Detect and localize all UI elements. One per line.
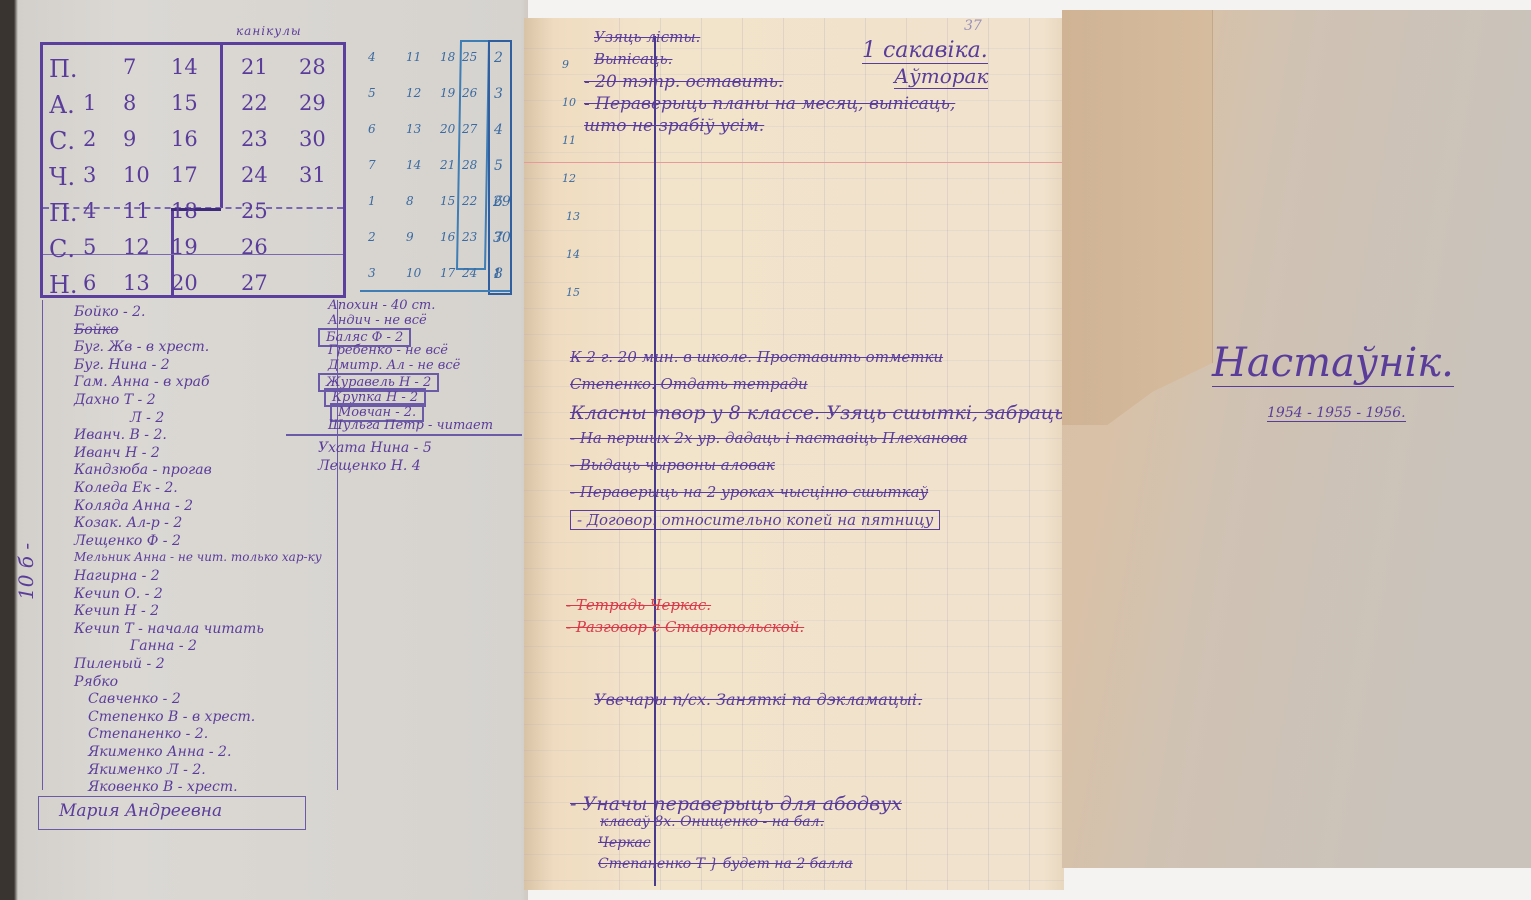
- calendar-date: 9: [123, 127, 136, 151]
- student-entry: Степаненко - 2.: [88, 726, 208, 742]
- student-entry: Буг. Жв - в хрест.: [74, 339, 209, 355]
- right-list-entry: Ухата Нина - 5: [318, 440, 432, 456]
- student-entry: Иванч Н - 2: [74, 445, 160, 461]
- diary-note: - Договор. относительно копей на пятницу: [570, 510, 940, 530]
- student-entry: Степенко В - в хрест.: [88, 709, 255, 725]
- ruled-line: [524, 334, 1064, 335]
- calendar-date: 29: [299, 91, 326, 115]
- calendar-date: 2: [368, 230, 376, 244]
- calendar-date: 20: [440, 122, 455, 136]
- right-list-entry: Гребенко - не всё: [328, 343, 448, 358]
- diary-note: класаў 8х. Онищенко - на бал.: [600, 814, 824, 830]
- calendar-date: 4: [83, 199, 96, 223]
- calendar-date: 11: [123, 199, 150, 223]
- calendar-date: 14: [171, 55, 198, 79]
- calendar-date: 16: [171, 127, 198, 151]
- diary-note: - Пераверыць планы на месяц, выпісаць,: [584, 94, 955, 114]
- student-entry: Пиленый - 2: [74, 656, 165, 672]
- calendar-date: 7: [368, 158, 376, 172]
- calendar-date: 26: [241, 235, 268, 259]
- diary-note: - Уначы пераверыць для абодвух: [570, 793, 902, 815]
- student-entry: Коляда Анна - 2: [74, 498, 193, 514]
- ruled-column: [824, 18, 825, 890]
- calendar-date: 4: [494, 122, 503, 138]
- ruled-line: [524, 672, 1064, 673]
- margin-note: 10 б -: [14, 543, 38, 600]
- student-entry: Нагирна - 2: [74, 568, 160, 584]
- calendar-date: 1: [83, 91, 96, 115]
- calendar-date: 13: [123, 271, 150, 295]
- diary-note: - Тетрадь Черкас.: [566, 596, 711, 614]
- right-list-entry: Лещенко Н. 4: [318, 458, 421, 474]
- student-entry: Кандзюба - прогав: [74, 462, 212, 478]
- weekday-label: П.: [49, 199, 78, 227]
- diary-note: Степаненко Т } будет на 2 балла: [598, 856, 853, 872]
- calendar-date: 27: [462, 122, 477, 136]
- diary-note: што не зрабіў усім.: [584, 116, 764, 136]
- diary-note: - Пераверыць на 2 уроках чысціню сшыткаў: [570, 483, 928, 501]
- diary-note: Класны твор у 8 классе. Узяць сшыткі, за…: [570, 402, 1134, 424]
- calendar-date: 12: [123, 235, 150, 259]
- calendar-date: 17: [171, 163, 198, 187]
- calendar-date: 23: [241, 127, 268, 151]
- divider: [286, 434, 522, 436]
- ruled-column: [906, 18, 907, 890]
- weekday-label: П.: [49, 55, 78, 83]
- weekday-label: С.: [49, 127, 75, 155]
- diary-note: - Разговор с Ставропольской.: [566, 618, 804, 636]
- weekday-label: Н.: [49, 271, 78, 299]
- weekday-label: А.: [49, 91, 75, 119]
- ruled-column: [865, 18, 866, 890]
- hour-marker: 13: [566, 210, 580, 223]
- hour-marker: 12: [562, 172, 576, 185]
- left-notebook-page: канікулы П.7142128А.18152229С.29162330Ч.…: [0, 0, 528, 900]
- ruled-column: [988, 18, 989, 890]
- calendar-date: 30: [299, 127, 326, 151]
- calendar-date: 25: [462, 50, 477, 64]
- ruled-column: [1029, 18, 1030, 890]
- calendar-row: П.4111825: [43, 195, 343, 231]
- calendar-date: 3: [494, 86, 503, 102]
- calendar-date: 20: [171, 271, 198, 295]
- calendar-baseline: [360, 290, 510, 292]
- calendar-date: 16: [440, 230, 455, 244]
- hour-marker: 11: [562, 134, 576, 147]
- diary-note: - На першых 2х ур. дадаць і паставіць Пл…: [570, 429, 968, 447]
- diary-note: К 2 г. 20 мин. в школе. Проставить отмет…: [570, 348, 943, 366]
- ruled-column: [619, 18, 620, 890]
- calendar-date: 7: [494, 230, 503, 246]
- calendar-date: 4: [368, 50, 376, 64]
- ruled-line: [524, 854, 1064, 855]
- ruled-line: [524, 178, 1064, 179]
- student-entry: Якименко Анна - 2.: [88, 744, 231, 760]
- cover-title: Настаўнік.: [1212, 340, 1454, 387]
- calendar-date: 22: [462, 194, 477, 208]
- student-entry: Кечип О. - 2: [74, 586, 163, 602]
- ruled-line: [524, 646, 1064, 647]
- calendar-date: 1: [368, 194, 376, 208]
- student-entry: Бойко - 2.: [74, 304, 146, 320]
- hour-marker: 14: [566, 248, 580, 261]
- month-calendar: П.7142128А.18152229С.29162330Ч.310172431…: [40, 42, 346, 298]
- calendar-date: 10: [406, 266, 421, 280]
- calendar-date: 15: [440, 194, 455, 208]
- student-entry: Ганна - 2: [130, 638, 197, 654]
- ruled-line: [524, 750, 1064, 751]
- signature: Мария Андреевна: [59, 801, 222, 821]
- student-entry: Бойко: [74, 322, 119, 338]
- calendar-date: 2: [83, 127, 96, 151]
- right-list-entry: Шульга Петр - читает: [328, 418, 493, 433]
- calendar-date: 28: [299, 55, 326, 79]
- calendar-date: 11: [406, 50, 421, 64]
- ruled-column: [783, 18, 784, 890]
- student-entry: Буг. Нина - 2: [74, 357, 170, 373]
- calendar-date: 6: [494, 194, 503, 210]
- calendar-date: 8: [494, 266, 503, 282]
- ruled-column: [947, 18, 948, 890]
- calendar-date: 9: [406, 230, 414, 244]
- student-entry: Иванч. В - 2.: [74, 427, 167, 443]
- diary-note: Степенко. Отдать тетради: [570, 375, 808, 393]
- diary-note: Узяць лісты.: [594, 28, 700, 46]
- student-entry: Л - 2: [130, 410, 164, 426]
- calendar-date: 5: [368, 86, 376, 100]
- student-entry: Лещенко Ф - 2: [74, 533, 181, 549]
- diary-note: Выпісаць.: [594, 50, 672, 68]
- diary-note: Увечары п/сх. Заняткі па дэкламацыі.: [594, 690, 922, 709]
- student-entry: Дахно Т - 2: [74, 392, 156, 408]
- diary-note: - 20 тэтр. оставить.: [584, 72, 783, 92]
- calendar-date: 18: [171, 199, 198, 223]
- calendar-row: Ч.310172431: [43, 159, 343, 195]
- calendar-date: 6: [368, 122, 376, 136]
- weekday-heading: Аўторак: [894, 64, 988, 89]
- calendar-date: 6: [83, 271, 96, 295]
- right-list-entry: Андич - не всё: [328, 313, 427, 328]
- diary-note: - Выдаць чырвоны аловак: [570, 456, 775, 474]
- calendar-date: 15: [171, 91, 198, 115]
- student-entry: Кечип Н - 2: [74, 603, 159, 619]
- calendar-date: 27: [241, 271, 268, 295]
- ruled-line: [524, 230, 1064, 231]
- hour-marker: 10: [562, 96, 576, 109]
- calendar-row: Н.6132027: [43, 267, 343, 303]
- ruled-line: [524, 594, 1064, 595]
- calendar-date: 10: [123, 163, 150, 187]
- student-entry: Козак. Ал-р - 2: [74, 515, 182, 531]
- ruled-line: [524, 256, 1064, 257]
- calendar-date: 13: [406, 122, 421, 136]
- torn-cover-flap: [1062, 10, 1213, 425]
- calendar-date: 14: [406, 158, 421, 172]
- ruled-column: [660, 18, 661, 890]
- ruled-column: [701, 18, 702, 890]
- calendar-date: 23: [462, 230, 477, 244]
- calendar-date: 21: [440, 158, 455, 172]
- calendar-date: 19: [171, 235, 198, 259]
- calendar-date: 12: [406, 86, 421, 100]
- calendar-date: 22: [241, 91, 268, 115]
- calendar-date: 24: [241, 163, 268, 187]
- ruled-line: [524, 880, 1064, 881]
- calendar-date: 5: [494, 158, 503, 174]
- right-list-entry: Дмитр. Ал - не всё: [328, 358, 460, 373]
- calendar-date: 3: [83, 163, 96, 187]
- date-heading: 1 сакавіка.: [862, 38, 988, 64]
- calendar-date: 25: [241, 199, 268, 223]
- calendar-date: 19: [440, 86, 455, 100]
- diary-note: Черкас: [598, 835, 651, 851]
- student-entry: Коледа Ек - 2.: [74, 480, 178, 496]
- ruled-line: [524, 568, 1064, 569]
- ruled-line: [524, 204, 1064, 205]
- calendar-date: 3: [368, 266, 376, 280]
- calendar-title: канікулы: [236, 24, 302, 38]
- page-number: 37: [964, 18, 982, 34]
- calendar-date: 7: [123, 55, 136, 79]
- calendar-row: П.7142128: [43, 51, 343, 87]
- calendar-row: А.18152229: [43, 87, 343, 123]
- calendar-date: 8: [123, 91, 136, 115]
- calendar-date: 26: [462, 86, 477, 100]
- student-entry: Кечип Т - начала читать: [74, 621, 264, 637]
- student-entry: Рябко: [74, 674, 118, 690]
- ruled-line: [524, 282, 1064, 283]
- right-list-entry: Апохин - 40 ст.: [328, 298, 435, 313]
- calendar-date: 18: [440, 50, 455, 64]
- calendar-date: 21: [241, 55, 268, 79]
- weekday-label: С.: [49, 235, 75, 263]
- ruled-line: [524, 776, 1064, 777]
- calendar-date: 2: [494, 50, 503, 66]
- weekday-label: Ч.: [49, 163, 75, 191]
- red-margin-line: [524, 162, 1064, 163]
- calendar-date: 24: [462, 266, 477, 280]
- calendar-date: 5: [83, 235, 96, 259]
- diary-page: 37 1 сакавіка. Аўторак 9101112131415 Узя…: [524, 18, 1064, 890]
- student-entry: Якименко Л - 2.: [88, 762, 206, 778]
- notebook-cover: Настаўнік. 1954 - 1955 - 1956.: [1062, 10, 1531, 868]
- student-entry: Мельник Анна - не чит. только хар-ку: [74, 550, 322, 564]
- student-entry: Гам. Анна - в храб: [74, 374, 210, 390]
- ruled-line: [524, 308, 1064, 309]
- calendar-row: С.29162330: [43, 123, 343, 159]
- hour-marker: 9: [562, 58, 569, 71]
- student-entry: Яковенко В - хрест.: [88, 779, 238, 795]
- calendar-date: 28: [462, 158, 477, 172]
- signature-box: Мария Андреевна: [38, 796, 306, 830]
- calendar-date: 17: [440, 266, 455, 280]
- hour-marker: 15: [566, 286, 580, 299]
- cover-years: 1954 - 1955 - 1956.: [1267, 405, 1406, 422]
- student-entry: Савченко - 2: [88, 691, 181, 707]
- ruled-line: [524, 152, 1064, 153]
- calendar-date: 31: [299, 163, 326, 187]
- calendar-row: С.5121926: [43, 231, 343, 267]
- ruled-line: [524, 542, 1064, 543]
- ruled-column: [742, 18, 743, 890]
- ruled-line: [524, 724, 1064, 725]
- calendar-date: 8: [406, 194, 414, 208]
